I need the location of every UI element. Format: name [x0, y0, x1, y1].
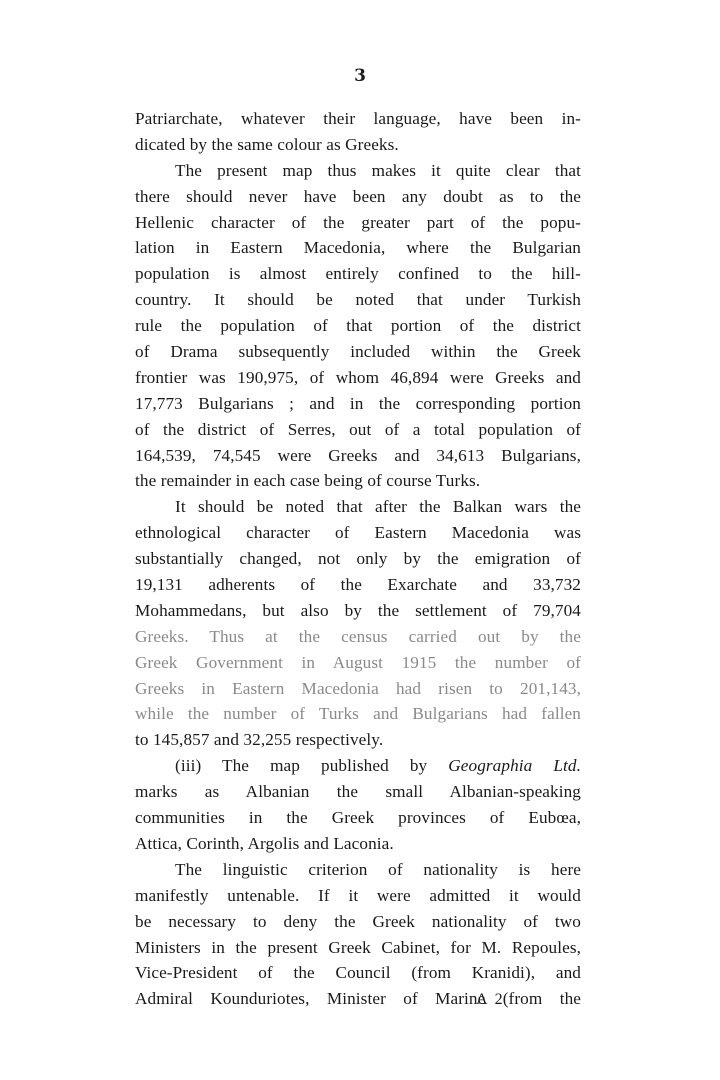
text-line: 164,539, 74,545 were Greeks and 34,613 B…: [135, 443, 581, 469]
text-line: ethnological character of Eastern Macedo…: [135, 520, 581, 546]
paragraph-start-line: The present map thus makes it quite clea…: [135, 158, 581, 184]
body-text: Patriarchate, whatever their language, h…: [135, 106, 581, 1012]
text-line: Patriarchate, whatever their language, h…: [135, 106, 581, 132]
text-line: Admiral Kounduriotes, Minister of Marine…: [135, 986, 581, 1012]
text-line: of Drama subsequently included within th…: [135, 339, 581, 365]
text-line: 19,131 adherents of the Exarchate and 33…: [135, 572, 581, 598]
text-line: be necessary to deny the Greek nationali…: [135, 909, 581, 935]
paragraph-start-line: It should be noted that after the Balkan…: [135, 494, 581, 520]
text-line: to 145,857 and 32,255 respectively.: [135, 727, 581, 753]
text-line: lation in Eastern Macedonia, where the B…: [135, 235, 581, 261]
paragraph-start-line: The linguistic criterion of nationality …: [135, 857, 581, 883]
text-line: there should never have been any doubt a…: [135, 184, 581, 210]
text-line: frontier was 190,975, of whom 46,894 wer…: [135, 365, 581, 391]
text-line: Attica, Corinth, Argolis and Laconia.: [135, 831, 581, 857]
faded-text-line: Greeks in Eastern Macedonia had risen to…: [135, 676, 581, 702]
text-line: Mohammedans, but also by the settlement …: [135, 598, 581, 624]
text-line: substantially changed, not only by the e…: [135, 546, 581, 572]
text-line: Hellenic character of the greater part o…: [135, 210, 581, 236]
text-line: of the district of Serres, out of a tota…: [135, 417, 581, 443]
text-line: population is almost entirely confined t…: [135, 261, 581, 287]
text-line: manifestly untenable. If it were admitte…: [135, 883, 581, 909]
faded-text-line: while the number of Turks and Bulgarians…: [135, 701, 581, 727]
text-line: dicated by the same colour as Greeks.: [135, 132, 581, 158]
page-number: 3: [0, 66, 720, 86]
text-line: communities in the Greek provinces of Eu…: [135, 805, 581, 831]
text-line: Vice-President of the Council (from Kran…: [135, 960, 581, 986]
text-line: marks as Albanian the small Albanian-spe…: [135, 779, 581, 805]
text-line: the remainder in each case being of cour…: [135, 468, 581, 494]
text-line: Ministers in the present Greek Cabinet, …: [135, 935, 581, 961]
faded-text-line: Greek Government in August 1915 the numb…: [135, 650, 581, 676]
signature-mark: A 2: [476, 991, 505, 1009]
text-line: rule the population of that portion of t…: [135, 313, 581, 339]
text-line: country. It should be noted that under T…: [135, 287, 581, 313]
paragraph-start-line: (iii) The map published by Geographia Lt…: [135, 753, 581, 779]
text-span: (iii) The map published by: [175, 756, 448, 775]
text-line: 17,773 Bulgarians ; and in the correspon…: [135, 391, 581, 417]
faded-text-line: Greeks. Thus at the census carried out b…: [135, 624, 581, 650]
publisher-name: Geographia Ltd.: [448, 756, 581, 775]
